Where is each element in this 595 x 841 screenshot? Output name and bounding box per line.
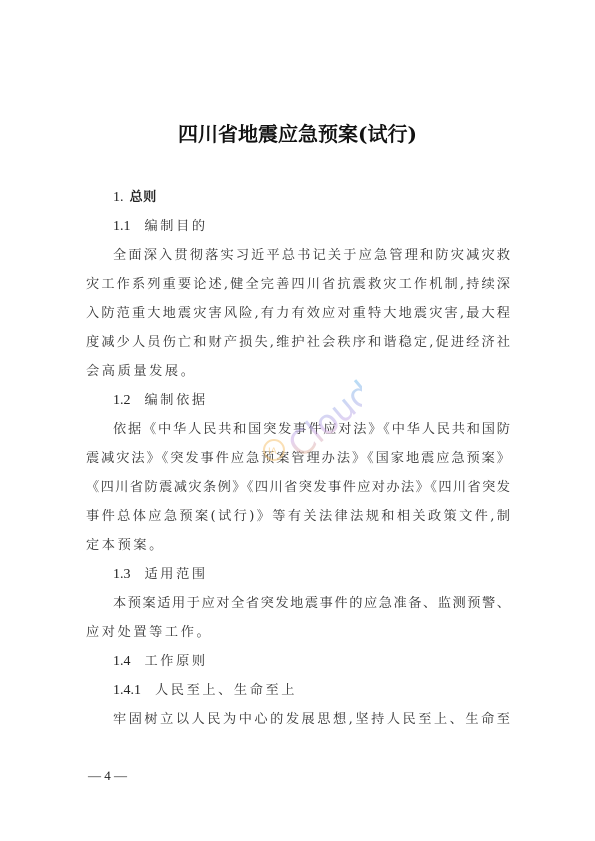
heading-1-4-1: 1.4.1人民至上、生命至上 [113,681,510,701]
heading-text: 适用范围 [145,567,208,582]
heading-number: 1.4.1 [113,683,141,698]
paragraph-line: 牢固树立以人民为中心的发展思想,坚持人民至上、生命至 [113,710,510,730]
heading-1-3: 1.3适用范围 [113,565,510,585]
heading-number: 1.2 [113,393,131,408]
paragraph-line: 《四川省防震减灾条例》《四川省突发事件应对办法》《四川省突发 [86,478,510,498]
paragraph-line: 依据《中华人民共和国突发事件应对法》《中华人民共和国防 [113,420,510,440]
heading-text: 总则 [130,190,157,205]
heading-text: 编制目的 [145,219,208,234]
paragraph-line: 应对处置等工作。 [86,623,510,643]
heading-number: 1.1 [113,219,131,234]
heading-number: 1.3 [113,567,131,582]
paragraph-line: 本预案适用于应对全省突发地震事件的应急准备、监测预警、 [113,594,510,614]
paragraph-line: 度减少人员伤亡和财产损失,维护社会秩序和谐稳定,促进经济社 [86,333,510,353]
heading-text: 人民至上、生命至上 [155,683,297,698]
paragraph-line: 震减灾法》《突发事件应急预案管理办法》《国家地震应急预案》 [86,449,510,469]
heading-text: 工作原则 [145,654,208,669]
document-title: 四川省地震应急预案(试行) [0,118,595,147]
document-page: 四川省地震应急预案(试行) 1.总则 1.1编制目的 全面深入贯彻落实习近平总书… [0,0,595,841]
page-number: — 4 — [88,768,127,784]
paragraph-line: 入防范重大地震灾害风险,有力有效应对重特大地震灾害,最大程 [86,304,510,324]
heading-1: 1.总则 [113,188,510,208]
heading-number: 1.4 [113,654,131,669]
paragraph-line: 会高质量发展。 [86,362,510,382]
heading-text: 编制依据 [145,393,208,408]
paragraph-line: 灾工作系列重要论述,健全完善四川省抗震救灾工作机制,持续深 [86,275,510,295]
paragraph-line: 事件总体应急预案(试行)》等有关法律法规和相关政策文件,制 [86,507,510,527]
heading-number: 1. [113,190,124,205]
heading-1-4: 1.4工作原则 [113,652,510,672]
heading-1-2: 1.2编制依据 [113,391,510,411]
heading-1-1: 1.1编制目的 [113,217,510,237]
paragraph-line: 全面深入贯彻落实习近平总书记关于应急管理和防灾减灾救 [113,246,510,266]
paragraph-line: 定本预案。 [86,536,510,556]
